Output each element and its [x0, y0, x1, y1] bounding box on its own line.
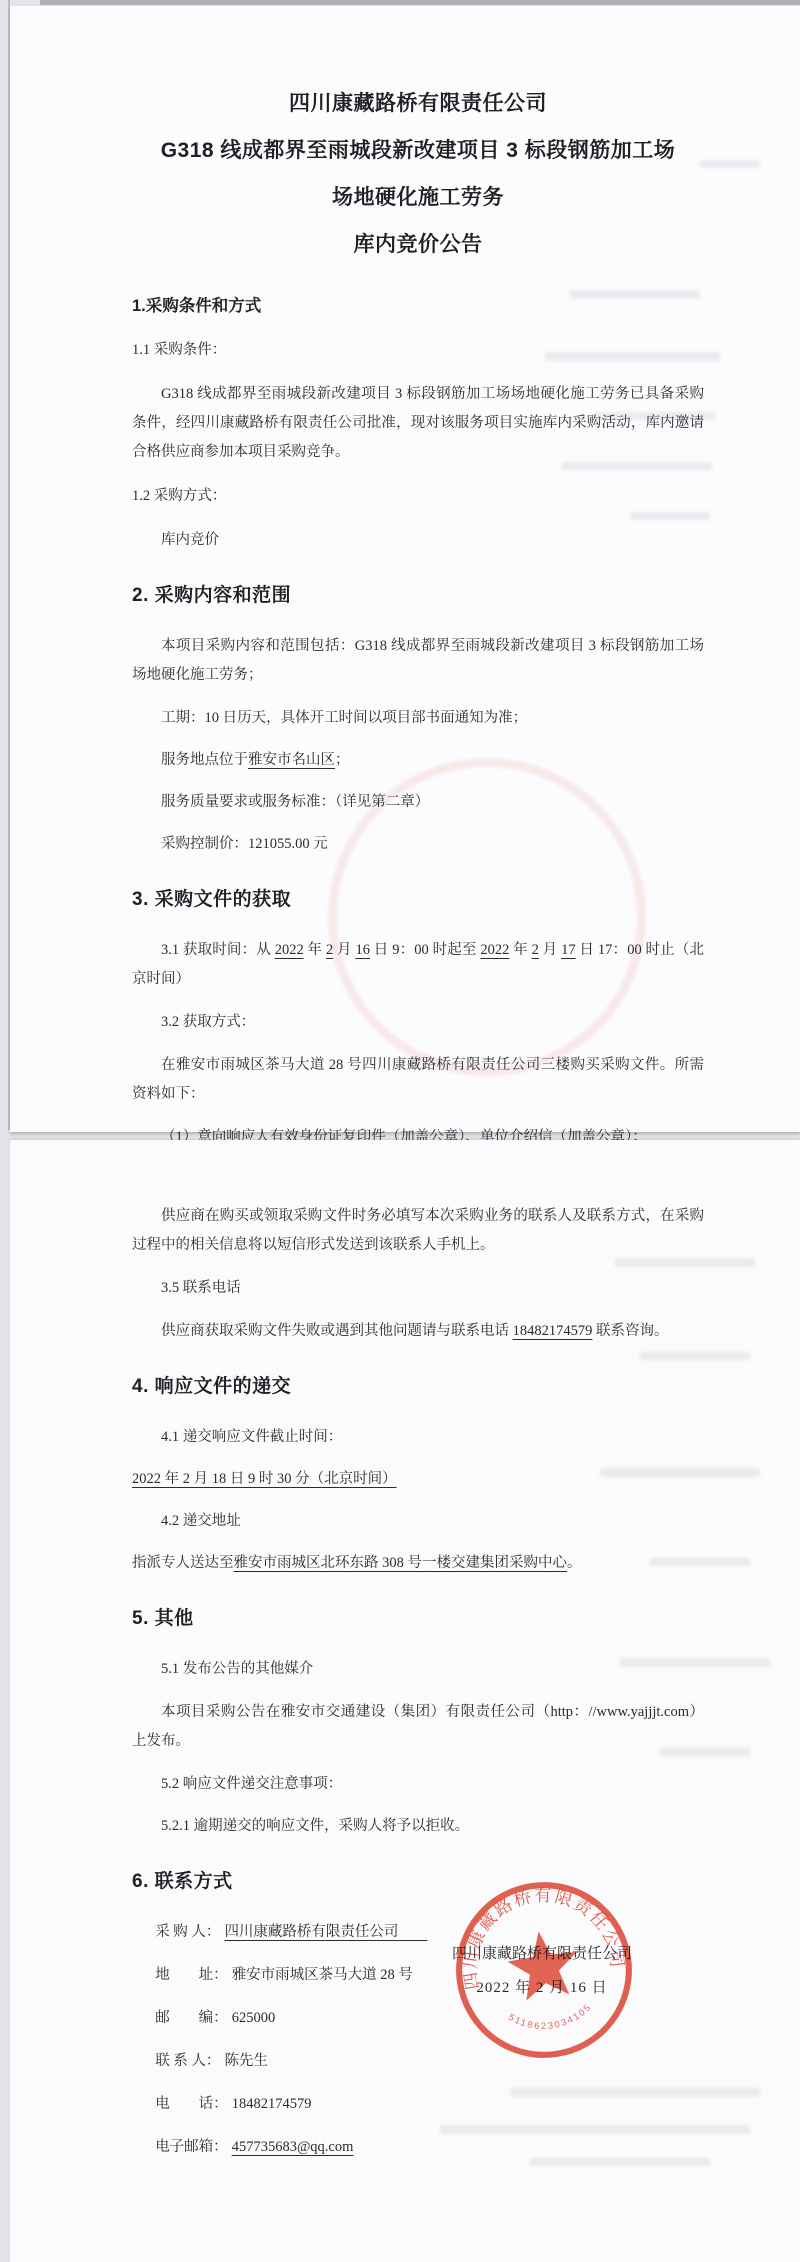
doc-line: 服务质量要求或服务标准：（详见第二章） — [132, 788, 704, 817]
text-run: 6. 联系方式 — [132, 1871, 233, 1892]
text-run: 场地硬化施工劳务 — [332, 186, 504, 209]
contact-value: 四川康藏路桥有限责任公司 — [224, 1924, 427, 1940]
company-seal-stamp: 四川康藏路桥有限责任公司 5118623034105 — [440, 1866, 648, 2074]
underlined-text: 2022 — [275, 942, 304, 958]
underlined-text: 16 — [355, 942, 370, 958]
contact-label: 电子邮箱： — [155, 2133, 228, 2162]
text-run: 工期：10 日历天，具体开工时间以项目部书面通知为准； — [161, 710, 527, 726]
contact-value: 625000 — [232, 2010, 276, 2026]
underlined-text: 2022 — [480, 942, 509, 958]
doc-subheading: 1.2 采购方式： — [132, 482, 704, 511]
text-run: 陈先生 — [224, 2053, 268, 2069]
text-run: 1.采购条件和方式 — [132, 297, 261, 315]
text-run: 联系咨询。 — [592, 1323, 668, 1339]
text-run: 库内竞价 — [161, 532, 219, 548]
text-run: 625000 — [232, 2010, 276, 2026]
page-2-content: 供应商在购买或领取采购文件时务必填写本次采购业务的联系人及联系方式，在采购过程中… — [10, 1140, 800, 2162]
doc-line: 3.5 联系电话 — [132, 1274, 704, 1303]
text-run: 3.2 获取方式： — [161, 1014, 255, 1030]
text-run: 月 — [333, 942, 355, 958]
text-run: 3.1 获取时间：从 — [161, 942, 275, 958]
text-run: G318 线成都界至雨城段新改建项目 3 标段钢筋加工场场地硬化施工劳务已具备采… — [132, 386, 704, 460]
doc-line: 采购控制价：121055.00 元 — [132, 830, 704, 859]
doc-line: 5.2.1 逾期递交的响应文件，采购人将予以拒收。 — [132, 1812, 704, 1841]
doc-line: 5.2 响应文件递交注意事项： — [132, 1770, 704, 1799]
text-run: 指派专人送达至 — [132, 1555, 234, 1571]
scanner-edge-shadow — [40, 0, 800, 5]
text-run: 3. 采购文件的获取 — [132, 889, 291, 910]
text-run: 在雅安市雨城区茶马大道 28 号四川康藏路桥有限责任公司三楼购买采购文件。所需资… — [132, 1057, 704, 1102]
text-run: 雅安市雨城区茶马大道 28 号 — [232, 1967, 413, 1983]
scanned-document: 四川康藏路桥有限责任公司G318 线成都界至雨城段新改建项目 3 标段钢筋加工场… — [0, 0, 800, 2262]
text-run: 供应商获取采购文件失败或遇到其他问题请与联系电话 — [161, 1323, 513, 1339]
doc-title-line: G318 线成都界至雨城段新改建项目 3 标段钢筋加工场 — [132, 137, 704, 164]
text-run: 18482174579 — [232, 2096, 312, 2112]
text-run: 4.2 递交地址 — [161, 1513, 241, 1529]
doc-paragraph: 供应商在购买或领取采购文件时务必填写本次采购业务的联系人及联系方式，在采购过程中… — [132, 1202, 704, 1260]
text-run: 1.2 采购方式： — [132, 488, 226, 504]
seal-serial-number: 5118623034105 — [506, 2000, 596, 2036]
doc-line: 4.1 递交响应文件截止时间： — [132, 1423, 704, 1452]
doc-line: 2022 年 2 月 18 日 9 时 30 分（北京时间） — [132, 1465, 704, 1494]
doc-section-heading: 5. 其他 — [132, 1604, 704, 1633]
underlined-text: 雅安市名山区 — [248, 752, 335, 768]
text-run: 本项目采购内容和范围包括：G318 线成都界至雨城段新改建项目 3 标段钢筋加工… — [132, 638, 704, 683]
doc-contact-row: 电子邮箱：457735683@qq.com — [132, 2133, 704, 2162]
seal-star-icon — [504, 1927, 583, 2003]
text-run: 5.2 响应文件递交注意事项： — [161, 1776, 342, 1792]
doc-paragraph: 在雅安市雨城区茶马大道 28 号四川康藏路桥有限责任公司三楼购买采购文件。所需资… — [132, 1051, 704, 1109]
text-run: 供应商在购买或领取采购文件时务必填写本次采购业务的联系人及联系方式，在采购过程中… — [132, 1208, 704, 1253]
doc-title-line: 库内竞价公告 — [132, 231, 704, 258]
text-run: 2. 采购内容和范围 — [132, 585, 291, 606]
underlined-text: 雅安市雨城区北环东路 308 号一楼交建集团采购中心 — [234, 1555, 568, 1571]
document-page-1: 四川康藏路桥有限责任公司G318 线成都界至雨城段新改建项目 3 标段钢筋加工场… — [10, 6, 800, 1132]
doc-title-line: 四川康藏路桥有限责任公司 — [132, 90, 704, 117]
doc-paragraph: 本项目采购内容和范围包括：G318 线成都界至雨城段新改建项目 3 标段钢筋加工… — [132, 632, 704, 690]
contact-label: 地 址： — [155, 1961, 228, 1990]
doc-section-heading: 2. 采购内容和范围 — [132, 581, 704, 610]
text-run: 5. 其他 — [132, 1608, 194, 1629]
doc-line: 工期：10 日历天，具体开工时间以项目部书面通知为准； — [132, 704, 704, 733]
text-run: 年 — [509, 942, 531, 958]
doc-contact-row: 电 话：18482174579 — [132, 2090, 704, 2119]
underlined-text: 2022 年 2 月 18 日 9 时 30 分（北京时间） — [132, 1471, 397, 1487]
doc-line: 指派专人送达至雅安市雨城区北环东路 308 号一楼交建集团采购中心。 — [132, 1549, 704, 1578]
text-run: 四川康藏路桥有限责任公司 — [289, 92, 547, 115]
doc-line: 5.1 发布公告的其他媒介 — [132, 1655, 704, 1684]
contact-label: 联 系 人： — [155, 2047, 220, 2076]
text-run: 库内竞价公告 — [354, 233, 483, 256]
document-page-2: 供应商在购买或领取采购文件时务必填写本次采购业务的联系人及联系方式，在采购过程中… — [10, 1140, 800, 2262]
text-run: 月 — [539, 942, 561, 958]
text-run: 4.1 递交响应文件截止时间： — [161, 1429, 342, 1445]
text-run: 服务质量要求或服务标准：（详见第二章） — [161, 794, 429, 810]
doc-section-heading: 4. 响应文件的递交 — [132, 1372, 704, 1401]
text-run: 5.1 发布公告的其他媒介 — [161, 1661, 313, 1677]
doc-line: 4.2 递交地址 — [132, 1507, 704, 1536]
text-run: 年 — [304, 942, 326, 958]
underlined-text: 457735683@qq.com — [232, 2139, 354, 2155]
doc-line: 3.2 获取方式： — [132, 1008, 704, 1037]
doc-subheading: 1.1 采购条件： — [132, 336, 704, 365]
contact-value: 457735683@qq.com — [232, 2139, 354, 2155]
doc-paragraph: 3.1 获取时间：从 2022 年 2 月 16 日 9：00 时起至 2022… — [132, 936, 704, 994]
text-run: 。 — [567, 1555, 582, 1571]
contact-label: 采 购 人： — [155, 1918, 220, 1947]
text-run: 3.5 联系电话 — [161, 1280, 241, 1296]
underlined-text: 四川康藏路桥有限责任公司 — [224, 1924, 398, 1940]
contact-value: 陈先生 — [224, 2053, 268, 2069]
text-run: 日 9：00 时起至 — [370, 942, 480, 958]
doc-section-heading: 1.采购条件和方式 — [132, 292, 704, 321]
text-run: 1.1 采购条件： — [132, 342, 226, 358]
text-run: 服务地点位于 — [161, 752, 248, 768]
doc-section-heading: 3. 采购文件的获取 — [132, 885, 704, 914]
underlined-text: 18482174579 — [513, 1323, 593, 1339]
doc-line: 库内竞价 — [132, 526, 704, 555]
contact-label: 邮 编： — [155, 2004, 228, 2033]
text-run: 本项目采购公告在雅安市交通建设（集团）有限责任公司（http：//www.yaj… — [132, 1704, 704, 1749]
underlined-text — [398, 1924, 427, 1940]
contact-value: 18482174579 — [232, 2096, 312, 2112]
contact-value: 雅安市雨城区茶马大道 28 号 — [232, 1967, 413, 1983]
text-run: 5.2.1 逾期递交的响应文件，采购人将予以拒收。 — [161, 1818, 469, 1834]
doc-paragraph: 供应商获取采购文件失败或遇到其他问题请与联系电话 18482174579 联系咨… — [132, 1317, 704, 1346]
page-1-content: 四川康藏路桥有限责任公司G318 线成都界至雨城段新改建项目 3 标段钢筋加工场… — [10, 6, 800, 1320]
text-run: ； — [335, 752, 350, 768]
doc-line: 服务地点位于雅安市名山区； — [132, 746, 704, 775]
doc-title-line: 场地硬化施工劳务 — [132, 184, 704, 211]
text-run: 采购控制价：121055.00 元 — [161, 836, 328, 852]
doc-paragraph: G318 线成都界至雨城段新改建项目 3 标段钢筋加工场场地硬化施工劳务已具备采… — [132, 380, 704, 467]
text-run: G318 线成都界至雨城段新改建项目 3 标段钢筋加工场 — [161, 139, 676, 162]
underlined-text: 2 — [532, 942, 539, 958]
doc-paragraph: 本项目采购公告在雅安市交通建设（集团）有限责任公司（http：//www.yaj… — [132, 1698, 704, 1756]
underlined-text: 17 — [561, 942, 576, 958]
text-run: 4. 响应文件的递交 — [132, 1376, 291, 1397]
contact-label: 电 话： — [155, 2090, 228, 2119]
